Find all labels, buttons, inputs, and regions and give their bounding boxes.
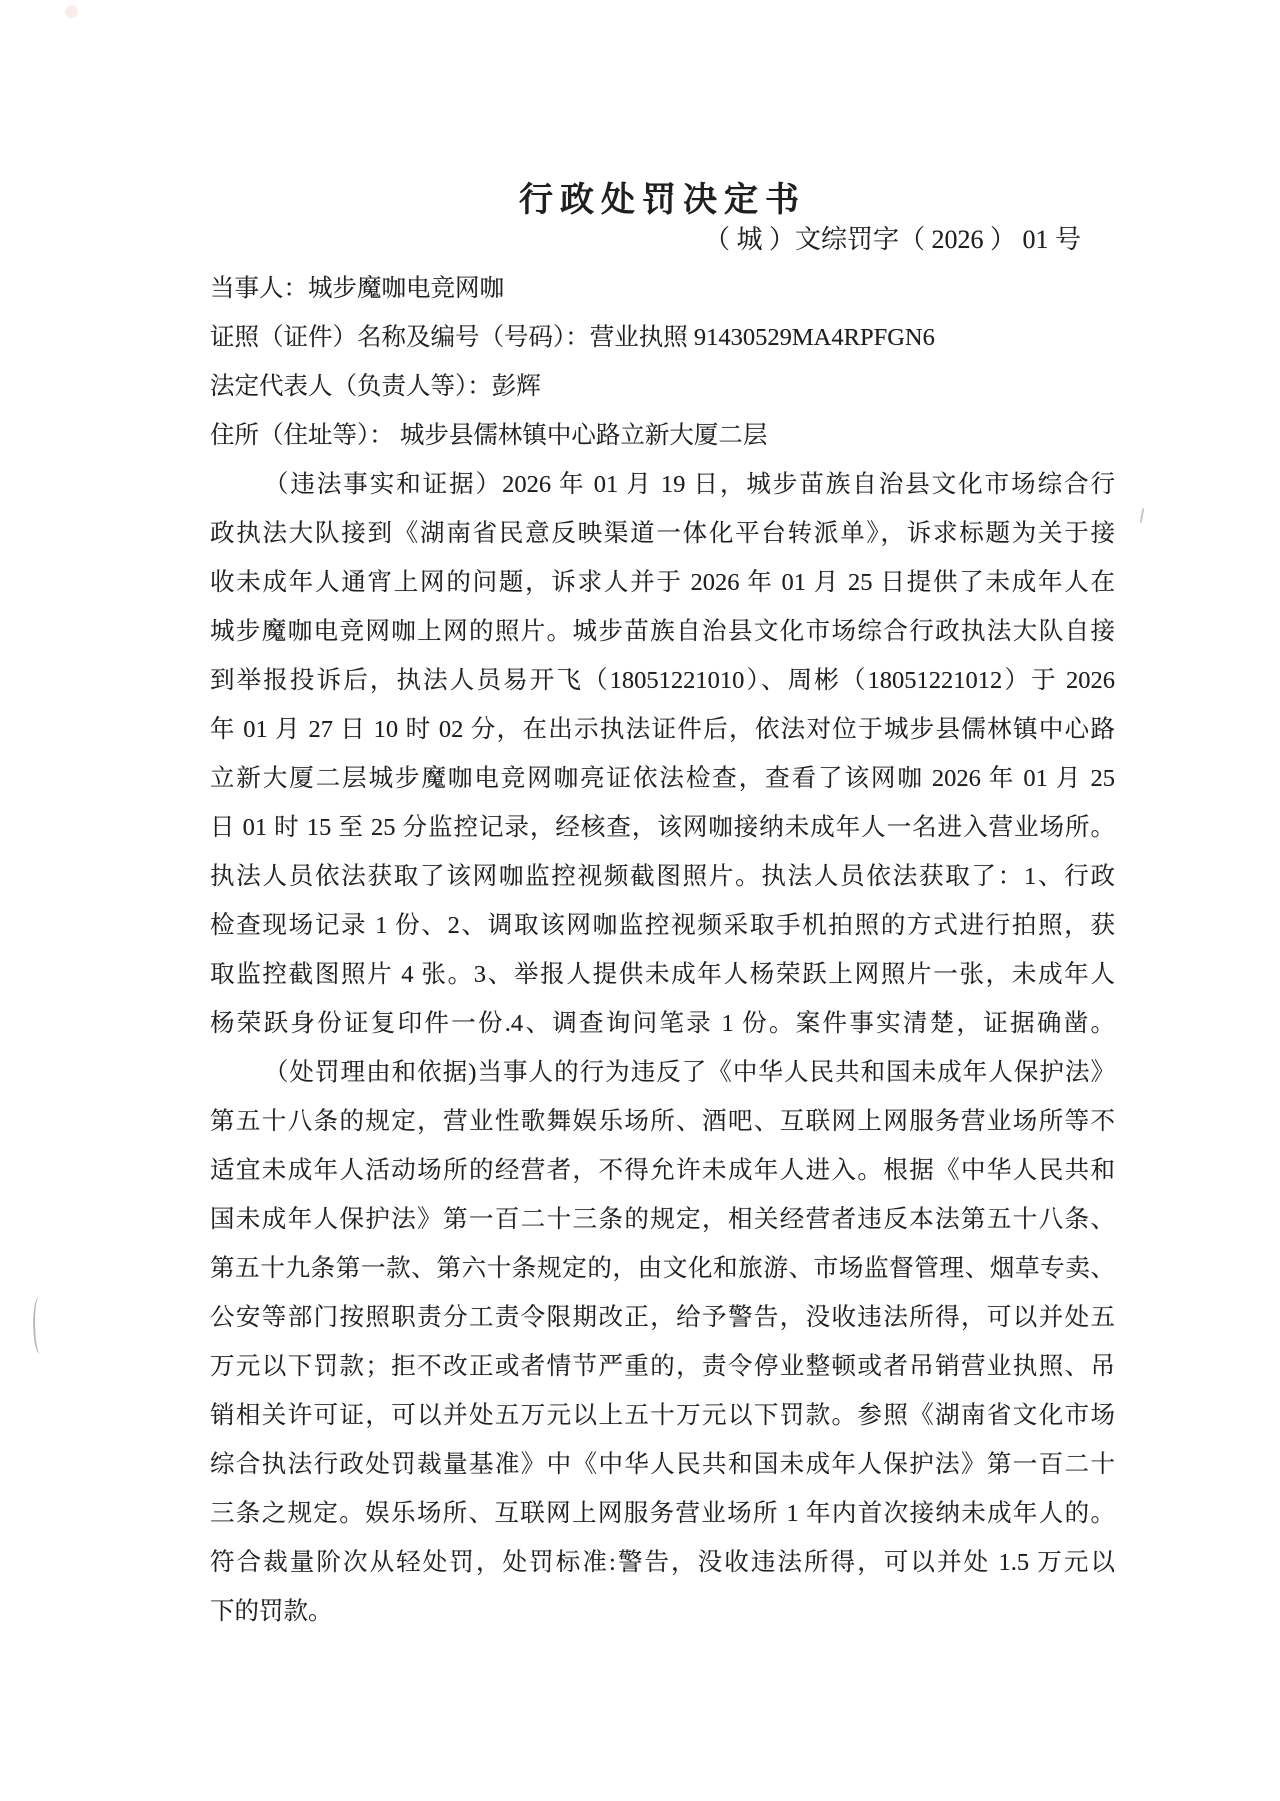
scan-artifact-speck (65, 5, 78, 18)
paragraph-line: （处罚理由和依据)当事人的行为违反了《中华人民共和国未成年人保护法》 (210, 1048, 1115, 1097)
paragraph-line: 政执法大队接到《湖南省民意反映渠道一体化平台转派单》，诉求标题为关于接 (210, 509, 1115, 558)
paragraphs-container: （违法事实和证据）2026 年 01 月 19 日，城步苗族自治县文化市场综合行… (210, 460, 1115, 1636)
paragraph-处罚理由和依据: （处罚理由和依据)当事人的行为违反了《中华人民共和国未成年人保护法》第五十八条的… (210, 1048, 1115, 1636)
document-number: （ 城 ）文综罚字（ 2026 ） 01 号 (210, 218, 1115, 262)
paragraph-line: 下的罚款。 (210, 1587, 1115, 1636)
paragraph-line: （违法事实和证据）2026 年 01 月 19 日，城步苗族自治县文化市场综合行 (210, 460, 1115, 509)
paragraph-line: 执法人员依法获取了该网咖监控视频截图照片。执法人员依法获取了：1、行政 (210, 852, 1115, 901)
paragraph-line: 城步魔咖电竞网咖上网的照片。城步苗族自治县文化市场综合行政执法大队自接 (210, 607, 1115, 656)
paragraph-line: 第五十八条的规定，营业性歌舞娱乐场所、酒吧、互联网上网服务营业场所等不 (210, 1097, 1115, 1146)
field-address: 住所（住址等）： 城步县儒林镇中心路立新大厦二层 (210, 411, 1115, 460)
scan-artifact-curve (31, 1296, 48, 1355)
paragraph-line: 检查现场记录 1 份、2、调取该网咖监控视频采取手机拍照的方式进行拍照，获 (210, 901, 1115, 950)
paragraph-line: 第五十九条第一款、第六十条规定的，由文化和旅游、市场监督管理、烟草专卖、 (210, 1244, 1115, 1293)
paragraph-line: 到举报投诉后，执法人员易开飞（18051221010）、周彬（180512210… (210, 656, 1115, 705)
paragraph-line: 综合执法行政处罚裁量基准》中《中华人民共和国未成年人保护法》第一百二十 (210, 1440, 1115, 1489)
paragraph-line: 符合裁量阶次从轻处罚，处罚标准:警告，没收违法所得，可以并处 1.5 万元以 (210, 1538, 1115, 1587)
paragraph-line: 日 01 时 15 至 25 分监控记录，经核查，该网咖接纳未成年人一名进入营业… (210, 803, 1115, 852)
paragraph-line: 收未成年人通宵上网的问题，诉求人并于 2026 年 01 月 25 日提供了未成… (210, 558, 1115, 607)
paragraph-line: 杨荣跃身份证复印件一份.4、调查询问笔录 1 份。案件事实清楚，证据确凿。 (210, 999, 1115, 1048)
paragraph-line: 三条之规定。娱乐场所、互联网上网服务营业场所 1 年内首次接纳未成年人的。 (210, 1489, 1115, 1538)
field-party: 当事人：城步魔咖电竞网咖 (210, 264, 1115, 313)
field-legal-representative: 法定代表人（负责人等）：彭辉 (210, 362, 1115, 411)
paragraph-line: 取监控截图照片 4 张。3、举报人提供未成年人杨荣跃上网照片一张，未成年人 (210, 950, 1115, 999)
paragraph-line: 国未成年人保护法》第一百二十三条的规定，相关经营者违反本法第五十八条、 (210, 1195, 1115, 1244)
paragraph-违法事实和证据: （违法事实和证据）2026 年 01 月 19 日，城步苗族自治县文化市场综合行… (210, 460, 1115, 1048)
field-license-number: 证照（证件）名称及编号（号码）：营业执照 91430529MA4RPFGN6 (210, 313, 1115, 362)
paragraph-line: 公安等部门按照职责分工责令限期改正，给予警告，没收违法所得，可以并处五 (210, 1293, 1115, 1342)
document-page: 行政处罚决定书 （ 城 ）文综罚字（ 2026 ） 01 号 当事人：城步魔咖电… (0, 0, 1280, 1801)
paragraph-line: 立新大厦二层城步魔咖电竞网咖亮证依法检查，查看了该网咖 2026 年 01 月 … (210, 754, 1115, 803)
paragraph-line: 销相关许可证，可以并处五万元以上五十万元以下罚款。参照《湖南省文化市场 (210, 1391, 1115, 1440)
paragraph-line: 年 01 月 27 日 10 时 02 分，在出示执法证件后，依法对位于城步县儒… (210, 705, 1115, 754)
document-body: 当事人：城步魔咖电竞网咖 证照（证件）名称及编号（号码）：营业执照 914305… (210, 264, 1115, 1636)
paragraph-line: 适宜未成年人活动场所的经营者，不得允许未成年人进入。根据《中华人民共和 (210, 1146, 1115, 1195)
document-title: 行政处罚决定书 (210, 179, 1115, 223)
paragraph-line: 万元以下罚款；拒不改正或者情节严重的，责令停业整顿或者吊销营业执照、吊 (210, 1342, 1115, 1391)
scan-artifact-tick (1140, 508, 1145, 523)
